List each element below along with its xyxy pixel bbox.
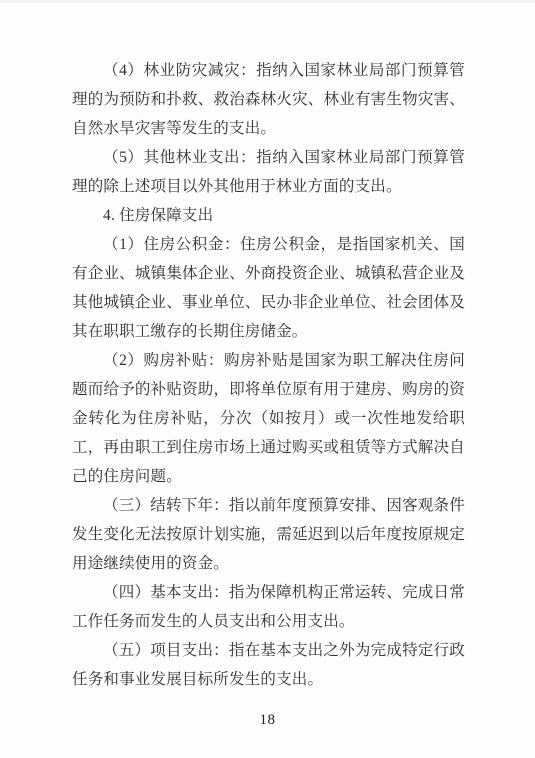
paragraph-carryover-to-next-year: （三）结转下年：指以前年度预算安排、因客观条件发生变化无法按原计划实施，需延迟到… — [72, 491, 465, 578]
heading-housing-security-expenditure: 4. 住房保障支出 — [72, 201, 465, 230]
paragraph-basic-expenditure: （四）基本支出：指为保障机构正常运转、完成日常工作任务而发生的人员支出和公用支出… — [72, 578, 465, 636]
document-page: { "doc": { "paragraphs": [ "（4）林业防灾减灾：指纳… — [0, 0, 535, 758]
paragraph-forestry-disaster-relief: （4）林业防灾减灾：指纳入国家林业局部门预算管理的为预防和扑救、救治森林火灾、林… — [72, 56, 465, 143]
document-body-text: （4）林业防灾减灾：指纳入国家林业局部门预算管理的为预防和扑救、救治森林火灾、林… — [72, 56, 465, 694]
page-number: 18 — [0, 712, 535, 729]
paragraph-housing-purchase-subsidy: （2）购房补贴：购房补贴是国家为职工解决住房问题而给予的补贴资助，即将单位原有用… — [72, 346, 465, 491]
paragraph-project-expenditure: （五）项目支出：指在基本支出之外为完成特定行政任务和事业发展目标所发生的支出。 — [72, 636, 465, 694]
paragraph-housing-provident-fund: （1）住房公积金：住房公积金，是指国家机关、国有企业、城镇集体企业、外商投资企业… — [72, 230, 465, 346]
paragraph-other-forestry-expenditure: （5）其他林业支出：指纳入国家林业局部门预算管理的除上述项目以外其他用于林业方面… — [72, 143, 465, 201]
page: （4）林业防灾减灾：指纳入国家林业局部门预算管理的为预防和扑救、救治森林火灾、林… — [0, 0, 535, 758]
